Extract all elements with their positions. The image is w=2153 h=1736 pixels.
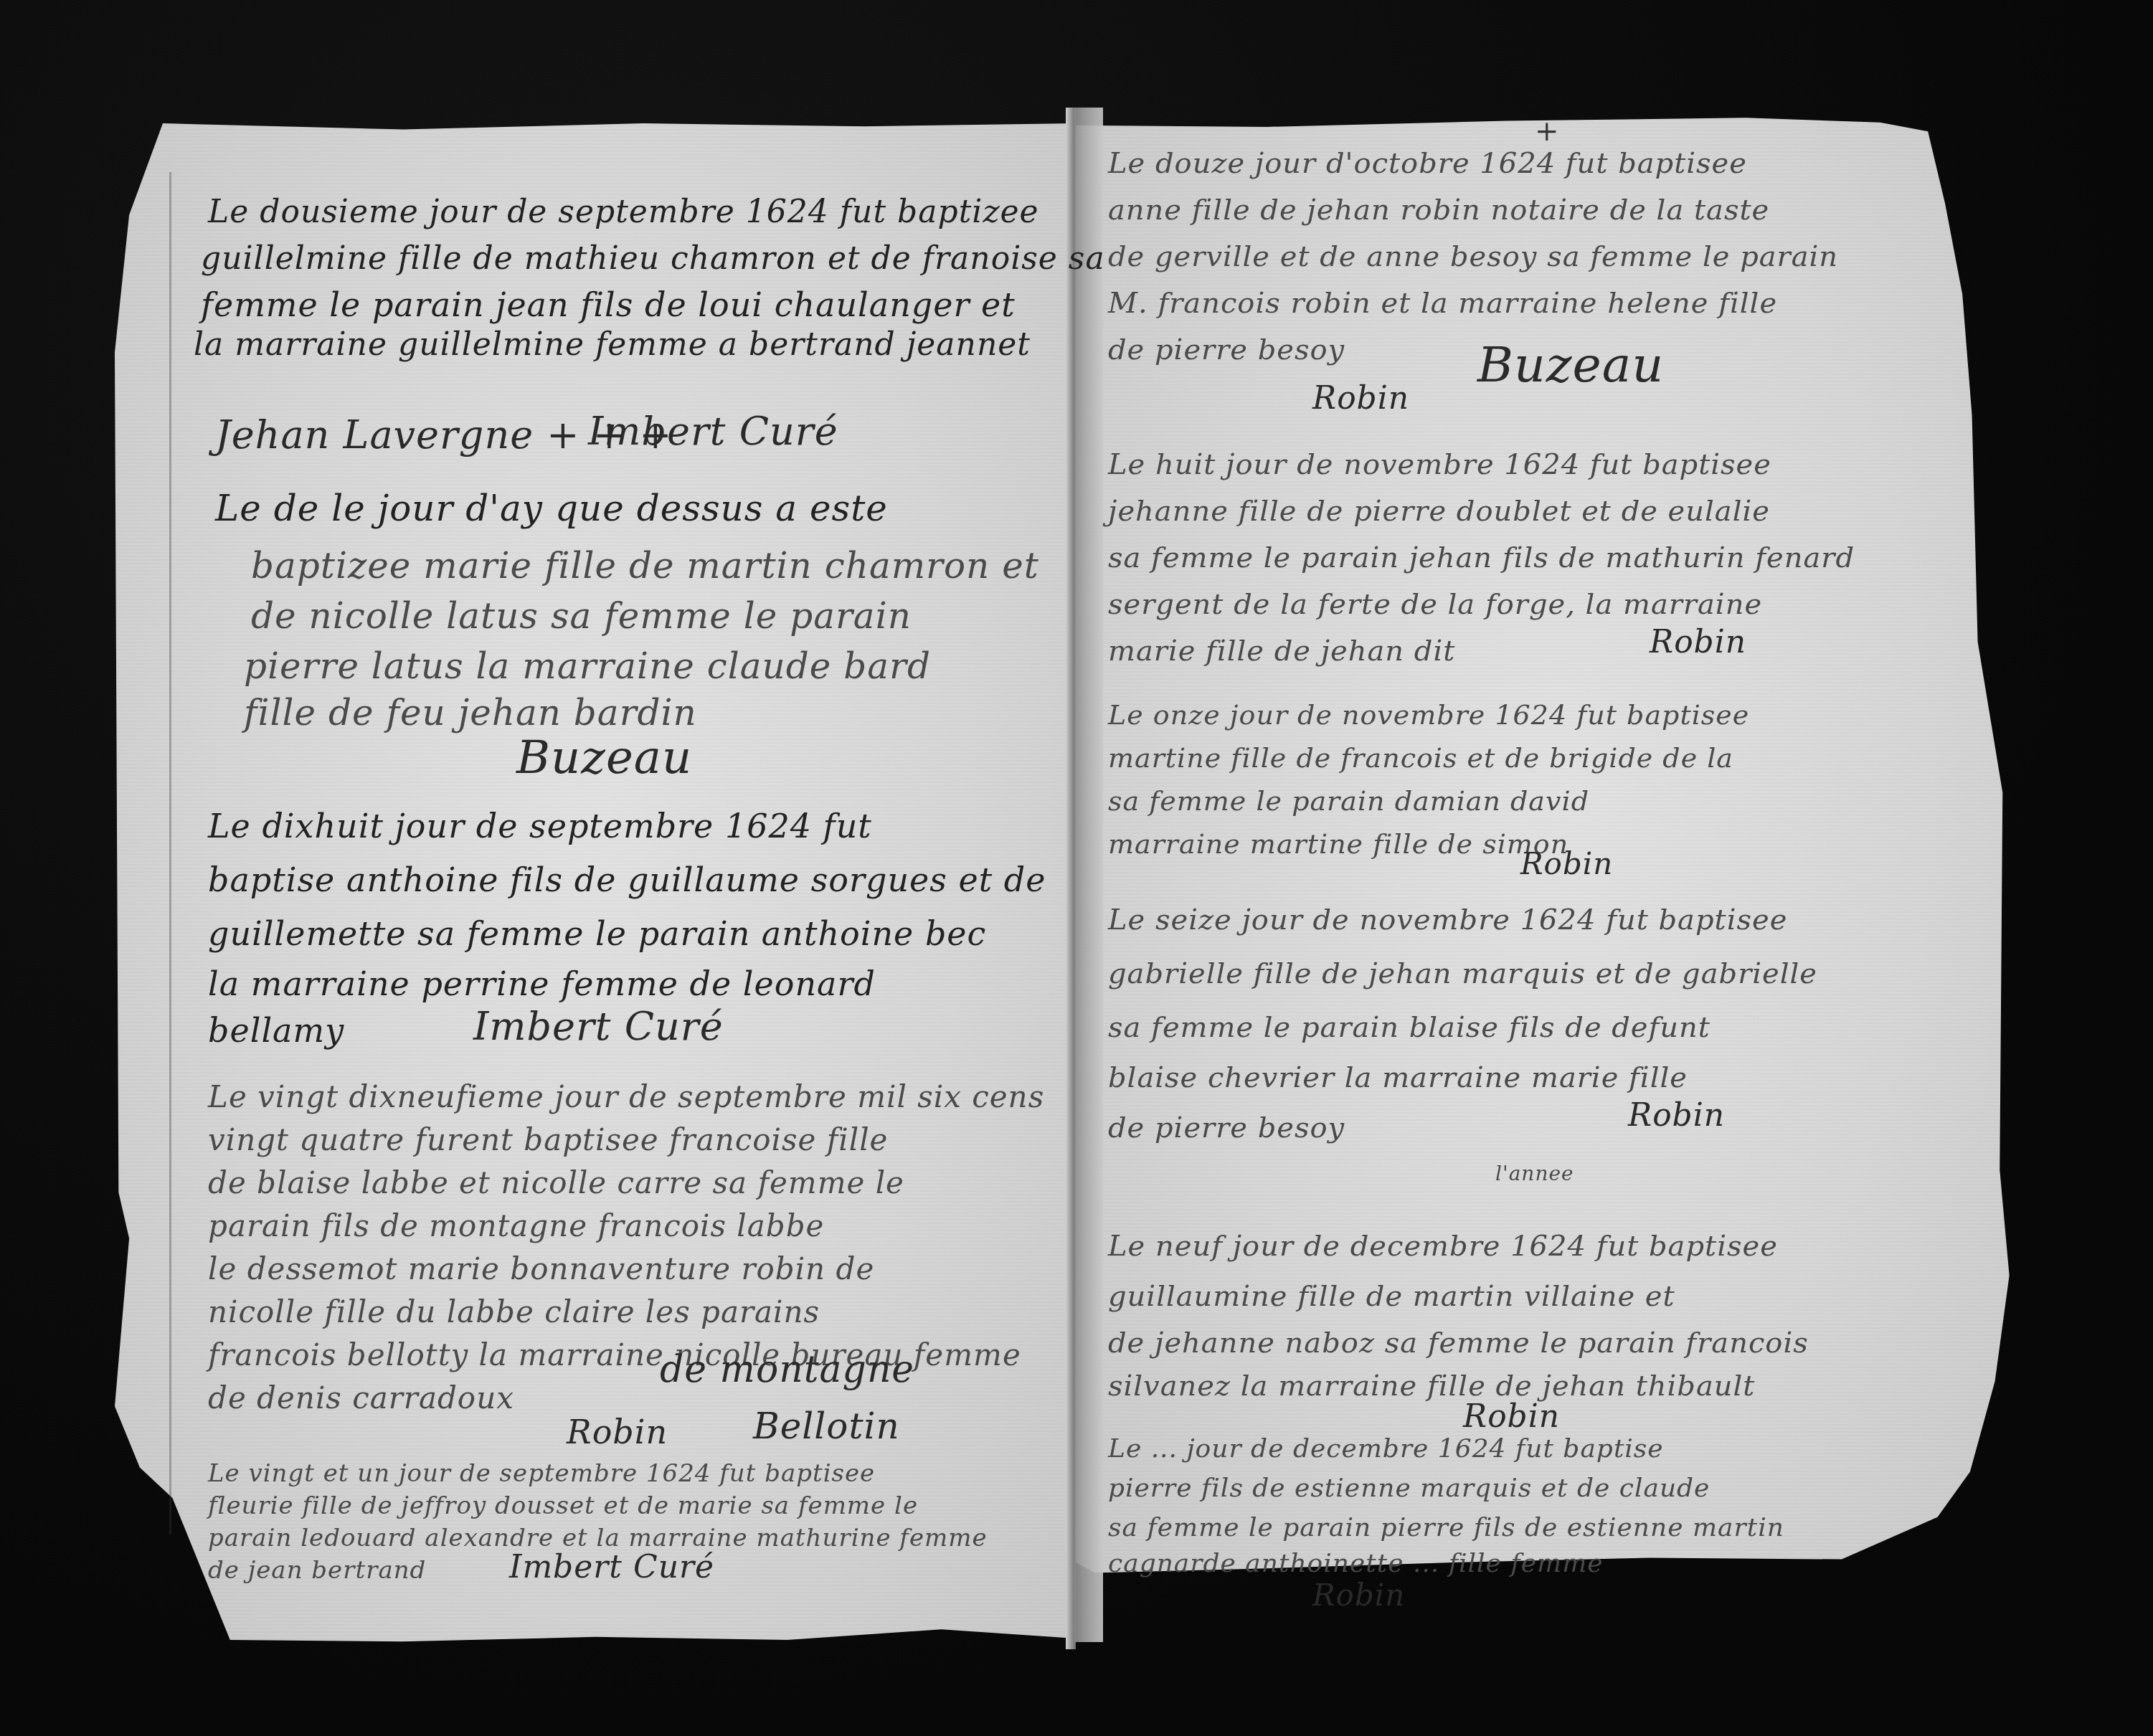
entry-line: baptizee marie fille de martin chamron e… bbox=[251, 545, 1039, 587]
entry-line: Le neuf jour de decembre 1624 fut baptis… bbox=[1108, 1230, 1778, 1263]
cross-mark: + bbox=[1535, 115, 1560, 148]
signature: Imbert Curé bbox=[509, 1549, 714, 1585]
entry-line: Le ... jour de decembre 1624 fut baptise bbox=[1108, 1434, 1664, 1464]
entry-line: Le douze jour d'octobre 1624 fut baptise… bbox=[1108, 147, 1747, 180]
entry-line: Le dixhuit jour de septembre 1624 fut bbox=[208, 807, 872, 845]
entry-line: Le de le jour d'ay que dessus a este bbox=[215, 488, 888, 529]
entry-line: marraine martine fille de simon bbox=[1108, 828, 1568, 860]
marginal-note: l'annee bbox=[1495, 1162, 1574, 1185]
entry-line: guillemette sa femme le parain anthoine … bbox=[208, 914, 986, 953]
signature: Buzeau bbox=[516, 731, 692, 784]
entry-line: martine fille de francois et de brigide … bbox=[1108, 742, 1733, 774]
entry-line: de jean bertrand bbox=[208, 1556, 426, 1585]
entry-line: Le onze jour de novembre 1624 fut baptis… bbox=[1108, 699, 1749, 731]
entry-line: sa femme le parain jehan fils de mathuri… bbox=[1108, 541, 1855, 574]
entry-line: baptise anthoine fils de guillaume sorgu… bbox=[208, 860, 1046, 899]
entry-line: Le seize jour de novembre 1624 fut bapti… bbox=[1108, 903, 1787, 936]
entry-line: la marraine perrine femme de leonard bbox=[208, 964, 876, 1003]
signature: Robin bbox=[1312, 1578, 1405, 1613]
signature: Robin bbox=[1520, 846, 1613, 881]
signature: Robin bbox=[1650, 624, 1746, 660]
signature: Robin bbox=[567, 1413, 668, 1451]
entry-line: de denis carradoux bbox=[208, 1380, 514, 1415]
entry-line: pierre latus la marraine claude bard bbox=[244, 645, 931, 687]
entry-line: anne fille de jehan robin notaire de la … bbox=[1108, 194, 1769, 227]
entry-line: de pierre besoy bbox=[1108, 1111, 1345, 1144]
signature: Imbert Curé bbox=[473, 1004, 724, 1049]
entry-line: guillaumine fille de martin villaine et bbox=[1108, 1280, 1675, 1313]
entry-line: parain fils de montagne francois labbe bbox=[208, 1208, 824, 1243]
entry-line: Le dousieme jour de septembre 1624 fut b… bbox=[208, 194, 1039, 230]
signature: Robin bbox=[1628, 1097, 1725, 1134]
entry-line: sergent de la ferte de la forge, la marr… bbox=[1108, 588, 1762, 621]
entry-line: Le vingt et un jour de septembre 1624 fu… bbox=[208, 1459, 875, 1488]
entry-line: de nicolle latus sa femme le parain bbox=[251, 595, 912, 637]
entry-line: cagnarde anthoinette ... fille femme bbox=[1108, 1549, 1604, 1578]
signature: Bellotin bbox=[753, 1405, 900, 1447]
entry-line: parain ledouard alexandre et la marraine… bbox=[208, 1524, 988, 1552]
entry-line: de blaise labbe et nicolle carre sa femm… bbox=[208, 1165, 904, 1200]
entry-line: de gerville et de anne besoy sa femme le… bbox=[1108, 240, 1838, 273]
book-spine bbox=[1074, 108, 1103, 1642]
entry-line: vingt quatre furent baptisee francoise f… bbox=[208, 1122, 888, 1157]
entry-line: Le huit jour de novembre 1624 fut baptis… bbox=[1108, 448, 1771, 481]
entry-line: nicolle fille du labbe claire les parain… bbox=[208, 1294, 820, 1329]
entry-line: jehanne fille de pierre doublet et de eu… bbox=[1108, 495, 1770, 528]
entry-line: bellamy bbox=[208, 1011, 344, 1050]
signature: Robin bbox=[1312, 380, 1409, 417]
entry-line: guillelmine fille de mathieu chamron et … bbox=[201, 240, 1105, 277]
entry-line: marie fille de jehan dit bbox=[1108, 635, 1455, 668]
signature: Imbert Curé bbox=[588, 409, 838, 454]
entry-line: silvanez la marraine fille de jehan thib… bbox=[1108, 1370, 1755, 1403]
entry-line: fille de feu jehan bardin bbox=[244, 692, 697, 734]
entry-line: sa femme le parain blaise fils de defunt bbox=[1108, 1011, 1710, 1044]
entry-line: le dessemot marie bonnaventure robin de bbox=[208, 1251, 874, 1286]
entry-line: blaise chevrier la marraine marie fille bbox=[1108, 1061, 1688, 1094]
entry-line: Le vingt dixneufieme jour de septembre m… bbox=[208, 1079, 1044, 1114]
entry-line: de jehanne naboz sa femme le parain fran… bbox=[1108, 1327, 1809, 1360]
entry-line: de pierre besoy bbox=[1108, 333, 1345, 366]
signature: de montagne bbox=[660, 1348, 914, 1391]
entry-line: sa femme le parain pierre fils de estien… bbox=[1108, 1513, 1784, 1542]
entry-line: gabrielle fille de jehan marquis et de g… bbox=[1108, 957, 1817, 990]
entry-line: M. francois robin et la marraine helene … bbox=[1108, 287, 1777, 320]
entry-line: la marraine guillelmine femme a bertrand… bbox=[194, 326, 1031, 363]
entry-line: sa femme le parain damian david bbox=[1108, 785, 1589, 817]
entry-line: pierre fils de estienne marquis et de cl… bbox=[1108, 1474, 1710, 1503]
signature: Buzeau bbox=[1477, 337, 1664, 394]
entry-line: femme le parain jean fils de loui chaula… bbox=[201, 285, 1016, 324]
signature: Robin bbox=[1463, 1398, 1560, 1435]
margin-rule bbox=[169, 172, 171, 1535]
entry-line: fleurie fille de jeffroy dousset et de m… bbox=[208, 1491, 918, 1520]
